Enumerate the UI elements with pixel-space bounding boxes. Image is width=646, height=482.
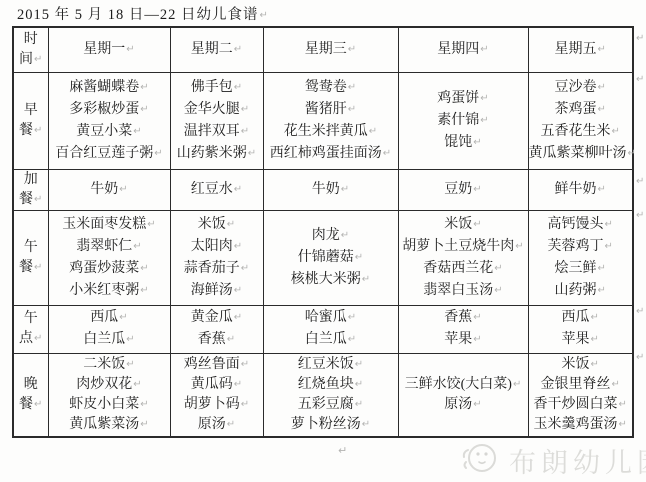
- table-row: 早餐↵麻酱蝴蝶卷↵多彩椒炒蛋↵黄豆小菜↵百合红豆莲子粥↵佛手包↵金华火腿↵温拌双…: [13, 72, 633, 169]
- paragraph-mark: ↵: [473, 334, 481, 345]
- paragraph-mark: ↵: [480, 93, 488, 104]
- paragraph-mark: ↵: [34, 333, 42, 344]
- paragraph-mark: ↵: [591, 359, 599, 370]
- paragraph-mark: ↵: [473, 219, 481, 230]
- menu-item-line: 温拌双耳↵: [171, 121, 263, 143]
- menu-cell: 豆奶↵: [398, 169, 528, 210]
- menu-cell: 香蕉↵苹果↵: [398, 305, 528, 353]
- paragraph-mark: ↵: [348, 334, 356, 345]
- menu-item-line: 白兰瓜↵: [49, 329, 170, 351]
- meal-label-cell: 午餐↵: [13, 210, 48, 305]
- menu-item-text: 虾皮小白菜: [69, 397, 139, 412]
- label-text: 时: [24, 32, 38, 47]
- time-corner-cell: 时间↵: [13, 27, 48, 72]
- menu-cell: 牛奶↵: [263, 169, 398, 210]
- paragraph-mark: ↵: [598, 82, 606, 93]
- menu-item-text: 米饭: [198, 217, 226, 232]
- menu-item-text: 麻酱蝴蝶卷: [69, 80, 139, 95]
- paragraph-mark: ↵: [140, 104, 148, 115]
- page-title-text: 2015 年 5 月 18 日—22 日幼儿食谱: [17, 7, 259, 23]
- paragraph-mark: ↵: [341, 230, 349, 241]
- menu-item-line: 鸡蛋炒菠菜↵: [49, 258, 170, 280]
- paragraph-mark: ↵: [34, 262, 42, 273]
- menu-item-line: 红烧鱼块↵: [264, 375, 398, 395]
- paragraph-mark: ↵: [234, 184, 242, 195]
- menu-item-line: 翡翠虾仁↵: [49, 236, 170, 258]
- menu-cell: 豆沙卷↵茶鸡蛋↵五香花生米↵黄瓜紫菜柳叶汤↵: [528, 72, 633, 169]
- table-row: 晚餐↵二米饭↵肉炒双花↵虾皮小白菜↵黄瓜紫菜汤↵鸡丝鲁面↵黄瓜码↵胡萝卜码↵原汤…: [13, 353, 633, 437]
- day-header-cell: 星期三↵: [263, 27, 398, 72]
- menu-item-line: 黄瓜紫菜汤↵: [49, 415, 170, 435]
- menu-cell: 二米饭↵肉炒双花↵虾皮小白菜↵黄瓜紫菜汤↵: [48, 353, 170, 437]
- menu-item-text: 三鲜水饺(大白菜): [405, 377, 512, 392]
- menu-item-line: 香蕉↵: [399, 307, 528, 329]
- paragraph-mark: ↵: [598, 44, 606, 55]
- paragraph-mark: ↵: [515, 241, 523, 252]
- menu-cell: 玉米面枣发糕↵翡翠虾仁↵鸡蛋炒菠菜↵小米红枣粥↵: [48, 210, 170, 305]
- day-header-cell: 星期五↵: [528, 27, 633, 72]
- menu-item-text: 百合红豆莲子粥: [55, 146, 153, 161]
- menu-item-text: 太阳肉: [191, 239, 233, 254]
- paragraph-mark: ↵: [612, 379, 620, 390]
- after-table-paragraph-mark: ↵: [338, 444, 347, 457]
- label-text: 点: [19, 331, 33, 346]
- menu-item-line: 五彩豆腐↵: [264, 395, 398, 415]
- menu-item-line: 米饭↵: [399, 214, 528, 236]
- row-end-mark: ↵: [636, 176, 644, 187]
- page-title: 2015 年 5 月 18 日—22 日幼儿食谱↵: [17, 3, 269, 24]
- table-row: 加餐↵牛奶↵红豆水↵牛奶↵豆奶↵鲜牛奶↵: [13, 169, 633, 210]
- paragraph-mark: ↵: [34, 194, 42, 205]
- meal-label-cell: 午点↵: [13, 305, 48, 353]
- menu-item-line: 肉炒双花↵: [49, 375, 170, 395]
- day-header-cell: 星期一↵: [48, 27, 170, 72]
- menu-cell: 高钙馒头↵芙蓉鸡丁↵烩三鲜↵山药粥↵: [528, 210, 633, 305]
- menu-item-line: 红豆水↵: [171, 179, 263, 201]
- menu-table: 时间↵星期一↵星期二↵星期三↵星期四↵星期五↵早餐↵麻酱蝴蝶卷↵多彩椒炒蛋↵黄豆…: [12, 26, 634, 438]
- label-text: 餐: [19, 192, 33, 207]
- menu-item-text: 米饭: [444, 217, 472, 232]
- menu-item-line: 红豆米饭↵: [264, 355, 398, 375]
- menu-item-line: 香菇西兰花↵: [399, 258, 528, 280]
- menu-item-text: 茶鸡蛋: [555, 102, 597, 117]
- label-text: 午: [24, 240, 38, 255]
- paragraph-mark: ↵: [598, 285, 606, 296]
- paragraph-mark: ↵: [140, 263, 148, 274]
- paragraph-mark: ↵: [260, 10, 269, 21]
- menu-item-text: 山药粥: [555, 283, 597, 298]
- paragraph-mark: ↵: [473, 137, 481, 148]
- day-header-cell: 星期二↵: [170, 27, 263, 72]
- menu-item-line: 胡萝卜土豆烧牛肉↵: [399, 236, 528, 258]
- menu-item-text: 哈蜜瓜: [305, 310, 347, 325]
- menu-item-line: 酱猪肝↵: [264, 99, 398, 121]
- menu-item-text: 多彩椒炒蛋: [69, 102, 139, 117]
- label-line: 午: [14, 238, 48, 258]
- menu-cell: 鸡丝鲁面↵黄瓜码↵胡萝卜码↵原汤↵: [170, 353, 263, 437]
- row-end-mark: ↵: [636, 306, 644, 317]
- menu-item-text: 黄豆小菜: [76, 124, 132, 139]
- menu-item-line: 佛手包↵: [171, 77, 263, 99]
- menu-item-line: 茶鸡蛋↵: [529, 99, 633, 121]
- menu-item-line: 西瓜↵: [529, 307, 633, 329]
- menu-item-text: 原汤: [444, 397, 472, 412]
- menu-cell: 麻酱蝴蝶卷↵多彩椒炒蛋↵黄豆小菜↵百合红豆莲子粥↵: [48, 72, 170, 169]
- menu-cell: 鸡蛋饼↵素什锦↵馄饨↵: [398, 72, 528, 169]
- label-text: 餐: [19, 123, 33, 138]
- menu-item-line: 海鲜汤↵: [171, 280, 263, 302]
- paragraph-mark: ↵: [154, 148, 162, 159]
- menu-item-line: 麻酱蝴蝶卷↵: [49, 77, 170, 99]
- paragraph-mark: ↵: [341, 184, 349, 195]
- paragraph-mark: ↵: [248, 148, 256, 159]
- paragraph-mark: ↵: [612, 126, 620, 137]
- menu-item-text: 西红柿鸡蛋挂面汤: [270, 146, 382, 161]
- menu-item-text: 鸡蛋炒菠菜: [69, 261, 139, 276]
- paragraph-mark: ↵: [362, 274, 370, 285]
- menu-item-text: 萝卜粉丝汤: [291, 417, 361, 432]
- menu-item-text: 胡萝卜码: [184, 397, 240, 412]
- paragraph-mark: ↵: [480, 115, 488, 126]
- label-text: 间: [19, 52, 33, 67]
- paragraph-mark: ↵: [348, 312, 356, 323]
- menu-item-line: 虾皮小白菜↵: [49, 395, 170, 415]
- menu-item-text: 高钙馒头: [548, 217, 604, 232]
- table-row: 午点↵西瓜↵白兰瓜↵黄金瓜↵香蕉↵哈蜜瓜↵白兰瓜↵香蕉↵苹果↵西瓜↵苹果↵: [13, 305, 633, 353]
- paragraph-mark: ↵: [234, 241, 242, 252]
- label-text: 餐: [19, 260, 33, 275]
- menu-item-line: 太阳肉↵: [171, 236, 263, 258]
- paragraph-mark: ↵: [227, 219, 235, 230]
- label-text: 早: [24, 103, 38, 118]
- menu-item-line: 翡翠白玉汤↵: [399, 280, 528, 302]
- paragraph-mark: ↵: [362, 419, 370, 430]
- menu-cell: 西瓜↵苹果↵: [528, 305, 633, 353]
- menu-item-text: 原汤: [198, 417, 226, 432]
- label-line: 点↵: [14, 329, 48, 349]
- menu-item-line: 多彩椒炒蛋↵: [49, 99, 170, 121]
- menu-item-text: 黄瓜紫菜汤: [69, 417, 139, 432]
- label-line: 加: [14, 170, 48, 190]
- day-header-line: 星期二↵: [171, 39, 263, 61]
- menu-cell: 肉龙↵什锦蘑菇↵核桃大米粥↵: [263, 210, 398, 305]
- menu-item-line: 芙蓉鸡丁↵: [529, 236, 633, 258]
- menu-item-line: 金银里脊丝↵: [529, 375, 633, 395]
- day-header-label: 星期三: [305, 42, 347, 57]
- menu-item-line: 高钙馒头↵: [529, 214, 633, 236]
- paragraph-mark: ↵: [494, 285, 502, 296]
- menu-cell: 鸳鸯卷↵酱猪肝↵花生米拌黄瓜↵西红柿鸡蛋挂面汤↵: [263, 72, 398, 169]
- paragraph-mark: ↵: [147, 219, 155, 230]
- menu-item-line: 胡萝卜码↵: [171, 395, 263, 415]
- label-line: 餐↵: [14, 190, 48, 210]
- label-line: 餐↵: [14, 395, 48, 415]
- menu-item-text: 豆奶: [444, 182, 472, 197]
- paragraph-mark: ↵: [598, 104, 606, 115]
- paragraph-mark: ↵: [126, 359, 134, 370]
- menu-item-text: 翡翠白玉汤: [423, 283, 493, 298]
- row-end-mark: ↵: [636, 74, 644, 85]
- menu-item-line: 花生米拌黄瓜↵: [264, 121, 398, 143]
- menu-item-line: 白兰瓜↵: [264, 329, 398, 351]
- paragraph-mark: ↵: [140, 82, 148, 93]
- label-line: 时: [14, 30, 48, 50]
- menu-item-line: 香蕉↵: [171, 329, 263, 351]
- menu-item-line: 黄瓜码↵: [171, 375, 263, 395]
- paragraph-mark: ↵: [480, 44, 488, 55]
- row-end-mark: ↵: [636, 210, 644, 221]
- menu-item-text: 米饭: [562, 357, 590, 372]
- menu-item-text: 鸡丝鲁面: [184, 357, 240, 372]
- paragraph-mark: ↵: [140, 285, 148, 296]
- table-header-row: 时间↵星期一↵星期二↵星期三↵星期四↵星期五↵: [13, 27, 633, 72]
- menu-item-text: 苹果: [444, 332, 472, 347]
- menu-item-line: 二米饭↵: [49, 355, 170, 375]
- menu-item-text: 芙蓉鸡丁: [548, 239, 604, 254]
- menu-item-line: 蒜香茄子↵: [171, 258, 263, 280]
- day-header-label: 星期二: [191, 42, 233, 57]
- day-header-line: 星期五↵: [529, 39, 633, 61]
- paragraph-mark: ↵: [34, 125, 42, 136]
- menu-cell: 西瓜↵白兰瓜↵: [48, 305, 170, 353]
- menu-item-line: 鲜牛奶↵: [529, 179, 633, 201]
- day-header-line: 星期三↵: [264, 39, 398, 61]
- menu-item-text: 香干炒圆白菜: [534, 397, 618, 412]
- label-line: 间↵: [14, 50, 48, 70]
- label-line: 餐↵: [14, 258, 48, 278]
- paragraph-mark: ↵: [598, 263, 606, 274]
- paragraph-mark: ↵: [348, 82, 356, 93]
- watermark-text: 布朗幼儿园: [509, 441, 646, 480]
- paragraph-mark: ↵: [591, 334, 599, 345]
- menu-cell: 三鲜水饺(大白菜)↵原汤↵: [398, 353, 528, 437]
- paragraph-mark: ↵: [119, 312, 127, 323]
- menu-item-text: 肉龙: [312, 228, 340, 243]
- paragraph-mark: ↵: [473, 312, 481, 323]
- menu-item-line: 鸡丝鲁面↵: [171, 355, 263, 375]
- menu-item-line: 玉米面枣发糕↵: [49, 214, 170, 236]
- menu-item-text: 鸡蛋饼: [437, 91, 479, 106]
- menu-item-line: 馄饨↵: [399, 132, 528, 154]
- menu-item-text: 香蕉: [198, 332, 226, 347]
- menu-item-line: 鸳鸯卷↵: [264, 77, 398, 99]
- menu-item-text: 花生米拌黄瓜: [284, 124, 368, 139]
- menu-item-line: 金华火腿↵: [171, 99, 263, 121]
- menu-item-text: 金银里脊丝: [541, 377, 611, 392]
- paragraph-mark: ↵: [126, 44, 134, 55]
- menu-item-line: 苹果↵: [399, 329, 528, 351]
- menu-item-text: 西瓜: [562, 310, 590, 325]
- label-line: 午: [14, 309, 48, 329]
- paragraph-mark: ↵: [383, 148, 391, 159]
- menu-item-text: 黄瓜码: [191, 377, 233, 392]
- menu-item-line: 原汤↵: [171, 415, 263, 435]
- menu-item-text: 小米红枣粥: [69, 283, 139, 298]
- menu-item-line: 豆沙卷↵: [529, 77, 633, 99]
- menu-item-text: 红豆米饭: [298, 357, 354, 372]
- menu-item-text: 玉米面枣发糕: [62, 217, 146, 232]
- paragraph-mark: ↵: [473, 184, 481, 195]
- menu-item-text: 温拌双耳: [184, 124, 240, 139]
- paragraph-mark: ↵: [241, 104, 249, 115]
- label-line: 餐↵: [14, 121, 48, 141]
- menu-item-text: 蒜香茄子: [184, 261, 240, 276]
- label-text: 加: [24, 172, 38, 187]
- menu-item-text: 红豆水: [191, 182, 233, 197]
- paragraph-mark: ↵: [591, 312, 599, 323]
- paragraph-mark: ↵: [598, 184, 606, 195]
- menu-item-line: 西红柿鸡蛋挂面汤↵: [264, 143, 398, 165]
- paragraph-mark: ↵: [227, 334, 235, 345]
- menu-item-line: 素什锦↵: [399, 110, 528, 132]
- menu-cell: 红豆米饭↵红烧鱼块↵五彩豆腐↵萝卜粉丝汤↵: [263, 353, 398, 437]
- menu-item-text: 五彩豆腐: [298, 397, 354, 412]
- table-row: 午餐↵玉米面枣发糕↵翡翠虾仁↵鸡蛋炒菠菜↵小米红枣粥↵米饭↵太阳肉↵蒜香茄子↵海…: [13, 210, 633, 305]
- paragraph-mark: ↵: [241, 399, 249, 410]
- menu-item-line: 原汤↵: [399, 395, 528, 415]
- menu-item-line: 鸡蛋饼↵: [399, 88, 528, 110]
- paragraph-mark: ↵: [34, 399, 42, 410]
- menu-item-text: 核桃大米粥: [291, 272, 361, 287]
- paragraph-mark: ↵: [619, 419, 627, 430]
- day-header-label: 星期四: [437, 42, 479, 57]
- paragraph-mark: ↵: [133, 126, 141, 137]
- paragraph-mark: ↵: [234, 312, 242, 323]
- menu-item-line: 小米红枣粥↵: [49, 280, 170, 302]
- paragraph-mark: ↵: [234, 285, 242, 296]
- paragraph-mark: ↵: [234, 379, 242, 390]
- paragraph-mark: ↵: [126, 334, 134, 345]
- menu-item-line: 玉米羹鸡蛋汤↵: [529, 415, 633, 435]
- menu-item-text: 山药紫米粥: [177, 146, 247, 161]
- meal-label-cell: 加餐↵: [13, 169, 48, 210]
- menu-item-line: 豆奶↵: [399, 179, 528, 201]
- paragraph-mark: ↵: [234, 44, 242, 55]
- menu-item-text: 肉炒双花: [76, 377, 132, 392]
- menu-item-line: 山药粥↵: [529, 280, 633, 302]
- menu-item-line: 牛奶↵: [264, 179, 398, 201]
- menu-cell: 米饭↵胡萝卜土豆烧牛肉↵香菇西兰花↵翡翠白玉汤↵: [398, 210, 528, 305]
- menu-item-text: 香菇西兰花: [423, 261, 493, 276]
- menu-cell: 鲜牛奶↵: [528, 169, 633, 210]
- menu-item-text: 什锦蘑菇: [298, 250, 354, 265]
- menu-document-page: 2015 年 5 月 18 日—22 日幼儿食谱↵ 时间↵星期一↵星期二↵星期三…: [0, 0, 646, 482]
- paragraph-mark: ↵: [355, 252, 363, 263]
- day-header-line: 星期一↵: [49, 39, 170, 61]
- menu-item-line: 米饭↵: [529, 355, 633, 375]
- day-header-label: 星期五: [555, 42, 597, 57]
- row-end-mark: ↵: [636, 352, 644, 363]
- menu-item-line: 核桃大米粥↵: [264, 269, 398, 291]
- menu-item-line: 哈蜜瓜↵: [264, 307, 398, 329]
- menu-item-text: 豆沙卷: [555, 80, 597, 95]
- paragraph-mark: ↵: [348, 104, 356, 115]
- paragraph-mark: ↵: [355, 399, 363, 410]
- menu-cell: 牛奶↵: [48, 169, 170, 210]
- menu-item-line: 什锦蘑菇↵: [264, 247, 398, 269]
- menu-cell: 黄金瓜↵香蕉↵: [170, 305, 263, 353]
- menu-item-text: 香蕉: [444, 310, 472, 325]
- paragraph-mark: ↵: [241, 126, 249, 137]
- menu-item-text: 白兰瓜: [83, 332, 125, 347]
- paragraph-mark: ↵: [473, 399, 481, 410]
- menu-cell: 哈蜜瓜↵白兰瓜↵: [263, 305, 398, 353]
- meal-label-cell: 晚餐↵: [13, 353, 48, 437]
- menu-cell: 米饭↵太阳肉↵蒜香茄子↵海鲜汤↵: [170, 210, 263, 305]
- menu-item-line: 香干炒圆白菜↵: [529, 395, 633, 415]
- menu-item-text: 牛奶: [90, 182, 118, 197]
- menu-item-line: 山药紫米粥↵: [171, 143, 263, 165]
- label-text: 午: [24, 311, 38, 326]
- paragraph-mark: ↵: [628, 148, 636, 159]
- menu-item-line: 黄金瓜↵: [171, 307, 263, 329]
- menu-item-line: 三鲜水饺(大白菜)↵: [399, 375, 528, 395]
- menu-item-text: 鲜牛奶: [555, 182, 597, 197]
- paragraph-mark: ↵: [227, 419, 235, 430]
- menu-item-text: 二米饭: [83, 357, 125, 372]
- menu-item-text: 翡翠虾仁: [76, 239, 132, 254]
- paragraph-mark: ↵: [355, 359, 363, 370]
- paragraph-mark: ↵: [241, 359, 249, 370]
- paragraph-mark: ↵: [119, 184, 127, 195]
- paragraph-mark: ↵: [234, 82, 242, 93]
- menu-item-text: 海鲜汤: [191, 283, 233, 298]
- menu-item-text: 烩三鲜: [555, 261, 597, 276]
- menu-item-text: 牛奶: [312, 182, 340, 197]
- paragraph-mark: ↵: [34, 54, 42, 65]
- menu-item-line: 百合红豆莲子粥↵: [49, 143, 170, 165]
- label-line: 晚: [14, 375, 48, 395]
- menu-cell: 米饭↵金银里脊丝↵香干炒圆白菜↵玉米羹鸡蛋汤↵: [528, 353, 633, 437]
- paragraph-mark: ↵: [140, 419, 148, 430]
- menu-item-text: 鸳鸯卷: [305, 80, 347, 95]
- menu-cell: 佛手包↵金华火腿↵温拌双耳↵山药紫米粥↵: [170, 72, 263, 169]
- day-header-cell: 星期四↵: [398, 27, 528, 72]
- paragraph-mark: ↵: [369, 126, 377, 137]
- label-line: 早: [14, 101, 48, 121]
- menu-item-line: 肉龙↵: [264, 225, 398, 247]
- menu-item-line: 五香花生米↵: [529, 121, 633, 143]
- paragraph-mark: ↵: [494, 263, 502, 274]
- menu-item-line: 黄瓜紫菜柳叶汤↵: [529, 143, 633, 165]
- paragraph-mark: ↵: [241, 263, 249, 274]
- meal-label-cell: 早餐↵: [13, 72, 48, 169]
- menu-item-text: 玉米羹鸡蛋汤: [534, 417, 618, 432]
- menu-item-text: 西瓜: [90, 310, 118, 325]
- menu-item-text: 黄瓜紫菜柳叶汤: [529, 146, 627, 161]
- menu-item-text: 胡萝卜土豆烧牛肉: [402, 239, 514, 254]
- menu-item-text: 酱猪肝: [305, 102, 347, 117]
- paragraph-mark: ↵: [355, 379, 363, 390]
- menu-item-text: 五香花生米: [541, 124, 611, 139]
- day-header-label: 星期一: [83, 42, 125, 57]
- row-end-mark: ↵: [636, 33, 644, 44]
- paragraph-mark: ↵: [605, 219, 613, 230]
- menu-item-text: 苹果: [562, 332, 590, 347]
- menu-item-text: 黄金瓜: [191, 310, 233, 325]
- menu-cell: 红豆水↵: [170, 169, 263, 210]
- paragraph-mark: ↵: [619, 399, 627, 410]
- watermark: 布朗幼儿园: [458, 436, 646, 482]
- menu-item-text: 红烧鱼块: [298, 377, 354, 392]
- label-text: 晚: [24, 377, 38, 392]
- menu-item-line: 米饭↵: [171, 214, 263, 236]
- menu-item-text: 素什锦: [437, 113, 479, 128]
- menu-item-line: 西瓜↵: [49, 307, 170, 329]
- menu-item-line: 黄豆小菜↵: [49, 121, 170, 143]
- menu-item-text: 白兰瓜: [305, 332, 347, 347]
- paragraph-mark: ↵: [605, 241, 613, 252]
